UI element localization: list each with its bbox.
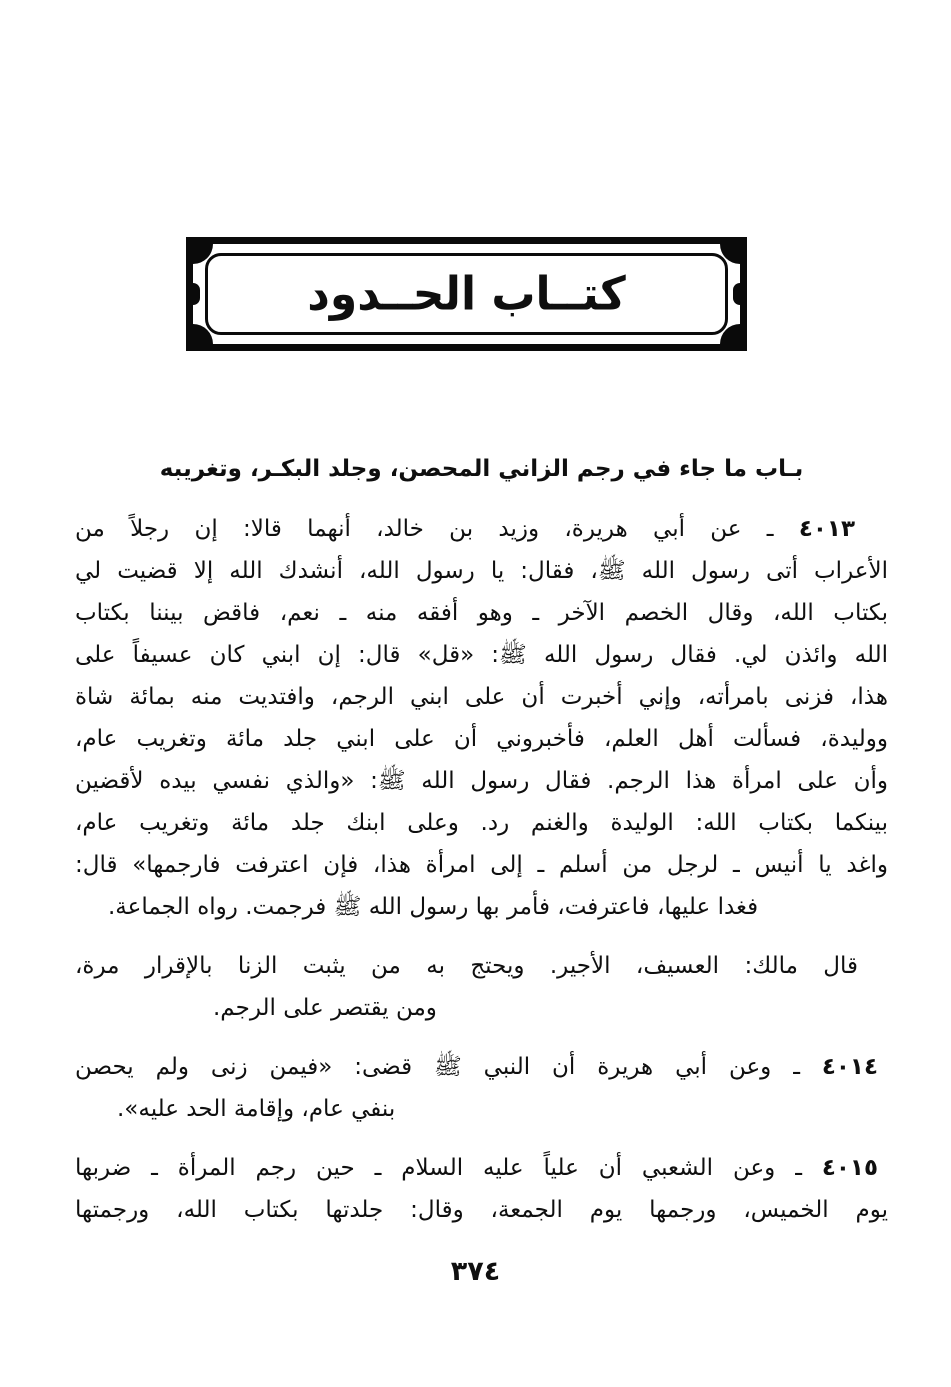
text-line: قال مالك: العسيف، الأجير. ويحتج به من يث… [75,945,888,987]
hadith-4014-paragraph: ٤٠١٤ ـ وعن أبي هريرة أن النبي ﷺ قضى: «في… [75,1046,888,1130]
hadith-4013-paragraph: ٤٠١٣ ـ عن أبي هريرة، وزيد بن خالد، أنهما… [75,508,888,928]
book-page: كتــاب الحــدود بـاب ما جاء في رجم الزان… [0,0,951,1387]
kitab-title-box: كتــاب الحــدود [186,237,747,351]
kitab-title: كتــاب الحــدود [307,267,625,321]
text-line: ٤٠١٥ ـ وعن الشعبي أن علياً عليه السلام ـ… [75,1147,888,1189]
hadith-number: ٤٠١٥ [822,1155,878,1181]
kitab-title-frame: كتــاب الحــدود [205,253,728,335]
chapter-heading: بـاب ما جاء في رجم الزاني المحصن، وجلد ا… [75,456,888,482]
text-line: بينكما بكتاب الله: الوليدة والغنم رد. وع… [75,802,888,844]
hadith-number: ٤٠١٣ [799,516,855,542]
text-line: بكتاب الله، وقال الخصم الآخر ـ وهو أفقه … [75,592,888,634]
text-line: بنفي عام، وإقامة الحد عليه». [75,1088,888,1130]
text-line: الأعراب أتى رسول الله ﷺ، فقال: يا رسول ا… [75,550,888,592]
text-line: فغدا عليها، فاعترفت، فأمر بها رسول الله … [75,886,888,928]
edge-ornament-icon [193,283,200,305]
text-line: الله وائذن لي. فقال رسول الله ﷺ: «قل» قا… [75,634,888,676]
text-line: يوم الخميس، ورجمها يوم الجمعة، وقال: جلد… [75,1189,888,1231]
body-text: ٤٠١٣ ـ عن أبي هريرة، وزيد بن خالد، أنهما… [75,508,888,1248]
text-line: هذا، فزنى بامرأته، وإني أخبرت أن على ابن… [75,676,888,718]
text-line: وأن على امرأة هذا الرجم. فقال رسول الله … [75,760,888,802]
text-line: ومن يقتصر على الرجم. [75,987,888,1029]
malik-comment-paragraph: قال مالك: العسيف، الأجير. ويحتج به من يث… [75,945,888,1029]
text-line: واغد يا أنيس ـ لرجل من أسلم ـ إلى امرأة … [75,844,888,886]
edge-ornament-icon [733,283,740,305]
text-line: ووليدة، فسألت أهل العلم، فأخبروني أن على… [75,718,888,760]
page-number: ٣٧٤ [0,1256,951,1287]
hadith-number: ٤٠١٤ [822,1054,878,1080]
text-line: ٤٠١٤ ـ وعن أبي هريرة أن النبي ﷺ قضى: «في… [75,1046,888,1088]
text-line: ٤٠١٣ ـ عن أبي هريرة، وزيد بن خالد، أنهما… [75,508,888,550]
hadith-4015-paragraph: ٤٠١٥ ـ وعن الشعبي أن علياً عليه السلام ـ… [75,1147,888,1231]
